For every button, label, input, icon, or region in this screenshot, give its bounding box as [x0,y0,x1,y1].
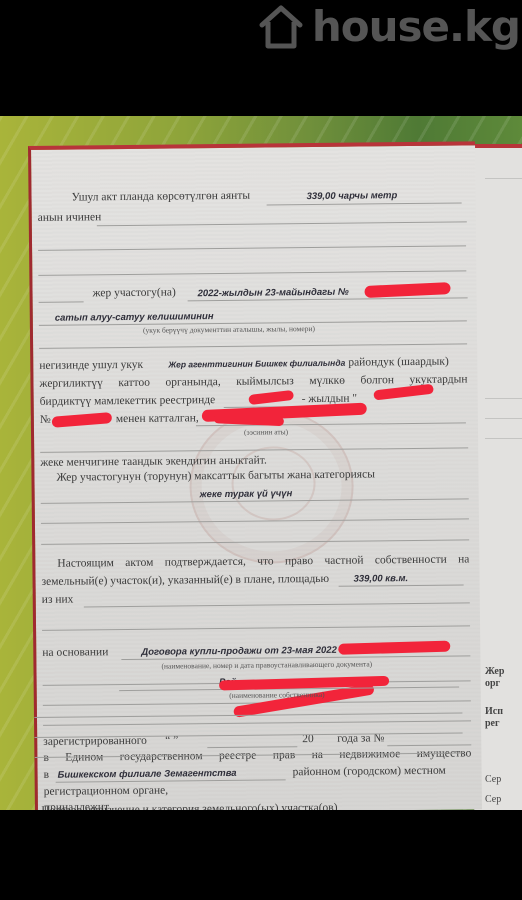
right-page-text: орг [485,678,500,689]
plot-label-ky: жер участогу(на) [92,286,175,299]
registered-with-ky: менен катталган, [116,412,199,425]
contract-type-ky: сатып алуу-сатуу келишиминин [55,311,214,324]
redaction-mark [364,282,450,298]
right-page-text: Сер [485,774,501,785]
basis-caption-ru: (наименование, номер и дата правоустанав… [161,659,372,670]
confirm-line2-ru: земельный(е) участок(и), указанный(е) в … [42,573,330,588]
owner-caption-ky: (ээсинин аты) [244,427,288,436]
basis-value-ru: Договора купли-продажи от 23-мая 2022 [141,645,337,658]
redaction-mark [52,412,113,428]
registry-line3-ky: бирдиктүү мамлекеттик реестринде [40,394,216,408]
purpose-value-ky: жеке турак үй үчүн [200,488,293,500]
area-label-ky: Ушул акт планда көрсөтүлгөн аянты [71,190,250,204]
basis-prefix-ky: негизинде ушул укук [39,359,143,372]
right-page: Жер орг Исп рег Сер Сер [474,144,522,810]
right-page-text: Жер [485,666,504,677]
confirm-line1-ru: Настоящим актом подтверждается, что прав… [57,553,469,569]
area-value-ky: 339,00 чарчы метр [306,190,397,202]
area-value-ru: 339,00 кв.м. [353,573,408,585]
contract-caption-ky: (укук берүүчү документтин аталышы, жылы,… [143,324,315,335]
purpose-label-ru: Целевое назначение и категория земельног… [41,802,337,810]
redaction-mark [248,390,294,405]
bottom-black-bar [0,810,522,900]
registry-line1-ky: райондук (шаардык) [348,356,449,369]
top-black-bar: house.kg [0,0,522,116]
right-page-text: Исп [485,706,503,717]
document-photo: Жер орг Исп рег Сер Сер Ушул акт планда … [0,116,522,810]
house-icon [258,5,304,49]
basis-label-ru: на основании [42,646,108,659]
of-which-ru: из них [42,594,74,606]
owner-caption-ru: (наименование собственника) [229,690,325,700]
private-ownership-ky: жеке менчигине таандык экендигин аныктай… [40,455,267,469]
watermark: house.kg [258,2,520,51]
contract-value-ky: 2022-жылдын 23-майындагы № [197,287,348,300]
right-page-text: рег [485,718,500,729]
registry-no-ky: № [40,414,51,426]
redaction-mark [338,641,450,655]
right-page-text: Сер [485,794,501,805]
page-lower-section: Рай (наименование собственника) Целевое … [34,672,479,810]
watermark-text: house.kg [312,2,520,51]
agency-value-ky: Жер агенттигинин Бишкек филиалында [168,358,345,370]
of-which-ky: анын ичинен [38,211,102,224]
